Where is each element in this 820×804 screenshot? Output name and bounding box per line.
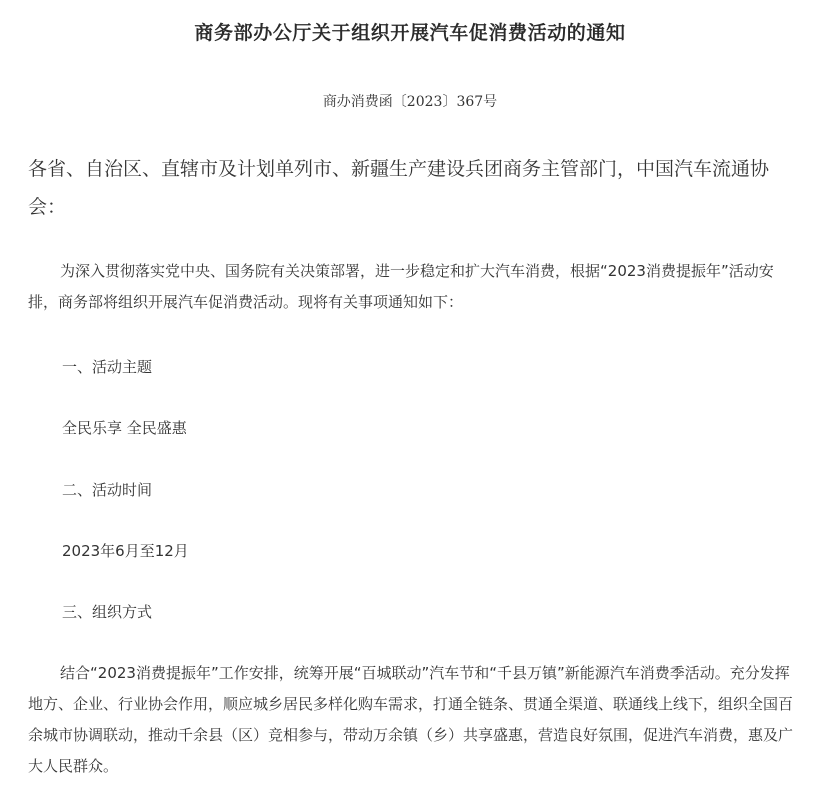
- section-heading-time: 二、活动时间: [62, 478, 152, 502]
- intro-paragraph: 为深入贯彻落实党中央、国务院有关决策部署，进一步稳定和扩大汽车消费，根据“202…: [28, 256, 796, 318]
- document-title: 商务部办公厅关于组织开展汽车促消费活动的通知: [0, 19, 820, 47]
- document-number: 商办消费函〔2023〕367号: [0, 90, 820, 114]
- section-content-theme: 全民乐享 全民盛惠: [62, 416, 187, 440]
- section-heading-theme: 一、活动主题: [62, 355, 152, 379]
- salutation: 各省、自治区、直辖市及计划单列市、新疆生产建设兵团商务主管部门，中国汽车流通协会…: [28, 150, 798, 226]
- section-heading-organization: 三、组织方式: [62, 600, 152, 624]
- section-content-organization: 结合“2023消费提振年”工作安排，统筹开展“百城联动”汽车节和“千县万镇”新能…: [28, 658, 796, 782]
- section-content-time: 2023年6月至12月: [62, 539, 189, 563]
